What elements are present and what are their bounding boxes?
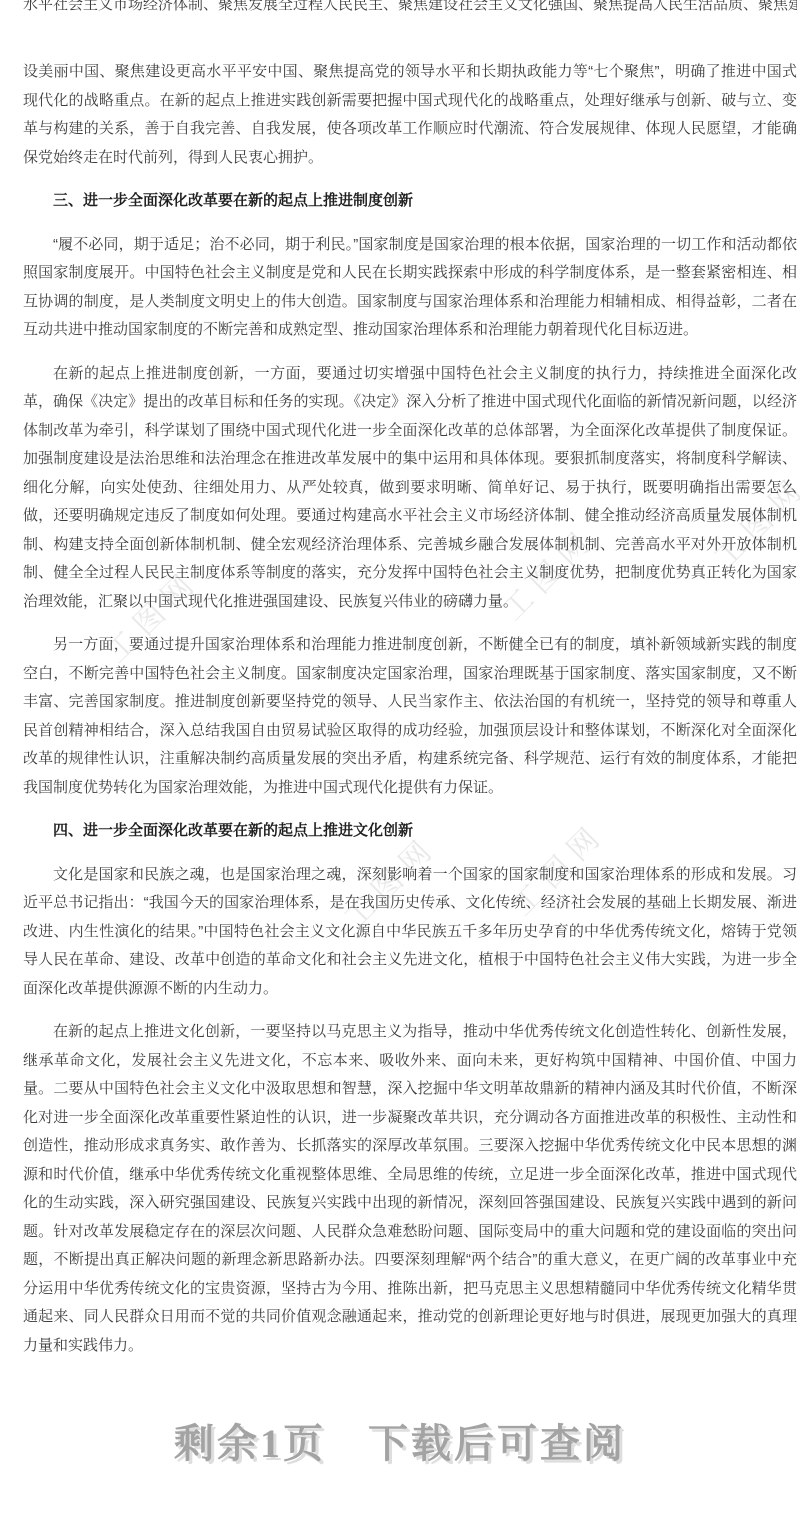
paragraph: 文化是国家和民族之魂，也是国家治理之魂，深刻影响着一个国家的国家制度和国家治理体… bbox=[23, 861, 797, 1004]
clipped-previous-line: 水平社会主义市场经济体制、聚焦发展全过程人民民主、聚焦建设社会主义文化强国、聚焦… bbox=[23, 0, 797, 19]
paragraph: 在新的起点上推进文化创新，一要坚持以马克思主义为指导，推动中华优秀传统文化创造性… bbox=[23, 1018, 797, 1360]
paragraph: 另一方面，要通过提升国家治理体系和治理能力推进制度创新，不断健全已有的制度，填补… bbox=[23, 631, 797, 802]
paragraph: “履不必同，期于适足；治不必同，期于利民。”国家制度是国家治理的根本依据，国家治… bbox=[23, 231, 797, 345]
clipped-line-text: 水平社会主义市场经济体制、聚焦发展全过程人民民主、聚焦建设社会主义文化强国、聚焦… bbox=[23, 0, 797, 19]
section-heading-institutional-innovation: 三、进一步全面深化改革要在新的起点上推进制度创新 bbox=[23, 187, 797, 216]
paragraph: 在新的起点上推进制度创新，一方面，要通过切实增强中国特色社会主义制度的执行力，持… bbox=[23, 360, 797, 617]
document-preview-page: 水平社会主义市场经济体制、聚焦发展全过程人民民主、聚焦建设社会主义文化强国、聚焦… bbox=[0, 0, 800, 1360]
remaining-pages-label: 剩余1页 bbox=[174, 1421, 326, 1466]
section-heading-cultural-innovation: 四、进一步全面深化改革要在新的起点上推进文化创新 bbox=[23, 817, 797, 846]
paragraph-continuation: 设美丽中国、聚焦建设更高水平平安中国、聚焦提高党的领导水平和长期执政能力等“七个… bbox=[23, 58, 797, 172]
remaining-pages-notice: 剩余1页下载后可查阅 bbox=[0, 1412, 800, 1469]
download-to-view-label: 下载后可查阅 bbox=[368, 1421, 626, 1466]
